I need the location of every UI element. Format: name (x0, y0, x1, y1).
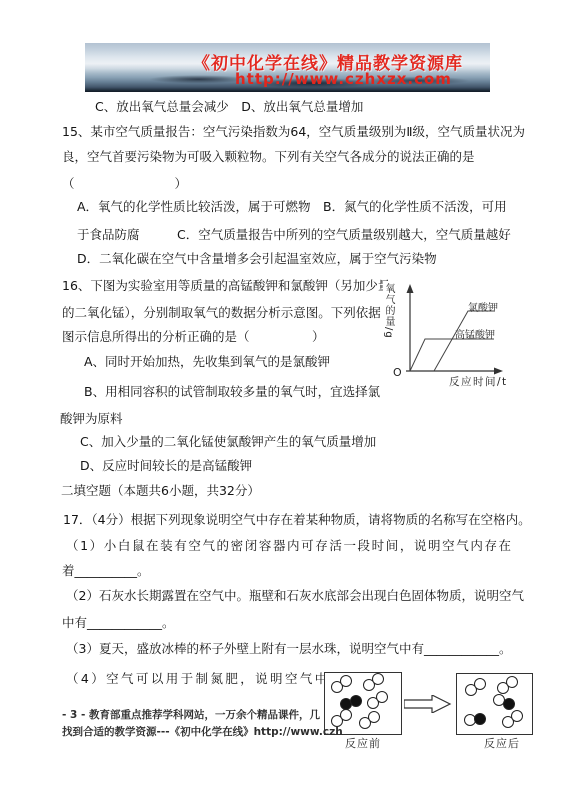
series-line-kclo3 (434, 311, 494, 371)
molecules-before-canvas (325, 673, 398, 731)
reaction-arrow-icon (404, 695, 452, 713)
line-q15-answer-blank: （ ） (62, 176, 187, 191)
line-q17-sub2: （2）石灰水长期露置在空气中。瓶壁和石灰水底部会出现白色固体物质，说明空气 (66, 588, 524, 603)
line-q15-option-d: D．二氧化碳在空气中含量增多会引起温室效应，属于空气污染物 (77, 251, 437, 266)
white-atom (494, 695, 505, 706)
black-atom (504, 699, 515, 710)
footer-promo-line-1: - 3 - 教育部重点推荐学科网站，一万余个精品课件，几 (62, 709, 320, 722)
line-q16-option-a: A、同时开始加热，先收集到氧气的是氯酸钾 (84, 354, 330, 369)
line-q16-stem-3: 图示信息所得出的分析正确的是（ ） (62, 329, 325, 344)
line-q16-option-b1: B、用相同容积的试管制取较多量的氧气时，宜选择氯 (84, 384, 380, 399)
exam-page: 《初中化学在线》精品教学资源库 http://www.czhxzx.com C、… (0, 0, 573, 810)
white-atom (377, 692, 388, 703)
white-atom (373, 674, 384, 685)
line-q17-sub1: （1）小白鼠在装有空气的密闭容器内可存活一段时间，说明空气内存在 (66, 538, 513, 553)
line-q17-sub4: （4）空气可以用于制氮肥，说明空气中 (66, 671, 330, 686)
chart-origin-label: O (393, 366, 402, 379)
line-q14-options-cd: C、放出氧气总量会减少 D、放出氧气总量增加 (95, 99, 363, 114)
molecules-before-label: 反应前 (345, 735, 381, 751)
white-atom (341, 676, 352, 687)
line-q16-stem-2: 的二氧化锰），分别制取氧气的数据分析示意图。下列依据 (62, 305, 381, 320)
molecules-after-label: 反应后 (484, 735, 520, 751)
line-q16-option-d: D、反应时间较长的是高锰酸钾 (80, 458, 252, 473)
y-axis-arrow-icon (407, 284, 414, 293)
white-atom (512, 711, 523, 722)
chart-y-axis-label: 氧气的量/g (383, 283, 394, 339)
black-atom (475, 714, 486, 725)
molecules-after-box (456, 673, 533, 735)
molecules-after-canvas (457, 674, 529, 731)
chart-series-label-kmno4: 高锰酸钾 (455, 326, 495, 341)
line-q15-stem-2: 良，空气首要污染物为可吸入颗粒物。下列有关空气各成分的说法正确的是 (62, 149, 475, 164)
white-atom (369, 712, 380, 723)
line-q17-sub3: （3）夏天，盛放冰棒的杯子外壁上附有一层水珠，说明空气中有___________… (66, 641, 511, 656)
chart-x-axis-label: 反应时间/t (449, 374, 508, 389)
line-q15-option-bc: 于食品防腐 C．空气质量报告中所列的空气质量级别越大，空气质量越好 (77, 227, 511, 242)
line-section2-heading: 二填空题（本题共6小题，共32分） (61, 483, 260, 498)
line-q17-sub1-blank: 着__________。 (62, 563, 150, 578)
line-q16-option-c: C、加入少量的二氧化锰使氯酸钾产生的氧气质量增加 (80, 434, 376, 449)
banner-site-url: http://www.czhxzx.com (235, 70, 452, 88)
white-atom (507, 677, 518, 688)
site-banner-image: 《初中化学在线》精品教学资源库 http://www.czhxzx.com (85, 43, 490, 92)
white-atom (341, 710, 352, 721)
line-q15-stem-1: 15、某市空气质量报告：空气污染指数为64，空气质量级别为Ⅱ级，空气质量状况为 (62, 124, 525, 139)
white-atom (465, 715, 476, 726)
footer-promo-line-2: 找到合适的教学资源---《初中化学在线》http://www.czh (62, 726, 343, 739)
line-q17-sub2-blank: 中有____________。 (62, 615, 175, 630)
q16-oxygen-chart: 氧气的量/g O 氯酸钾 高锰酸钾 反应时间/t (383, 281, 523, 401)
black-atom (341, 699, 352, 710)
line-q15-option-ab: A．氧气的化学性质比较活泼，属于可燃物 B．氮气的化学性质不活泼，可用 (77, 199, 507, 214)
black-atom (351, 696, 362, 707)
white-atom (475, 679, 486, 690)
line-q17-stem: 17．（4分）根据下列现象说明空气中存在着某种物质，请将物质的名称写在空格内。 (63, 512, 531, 527)
line-q16-option-b2: 酸钾为原料 (60, 411, 123, 426)
chart-series-label-kclo3: 氯酸钾 (468, 299, 498, 314)
series-line-kmno4 (410, 339, 494, 371)
line-q16-stem-1: 16、下图为实验室用等质量的高锰酸钾和氯酸钾（另加少量 (62, 278, 390, 293)
